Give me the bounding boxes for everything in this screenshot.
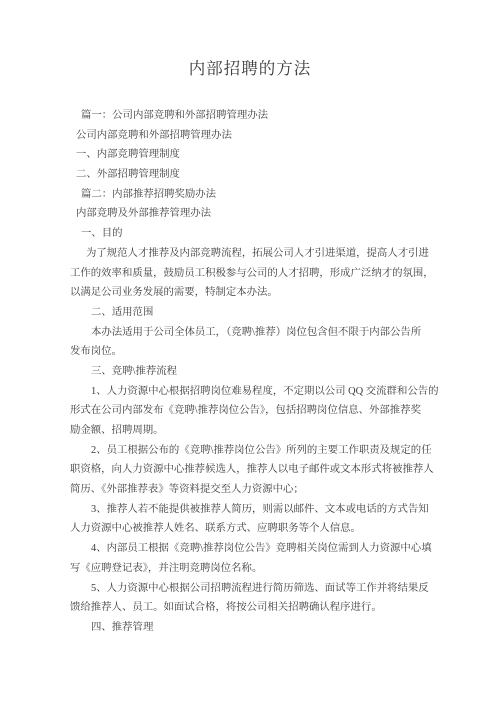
paragraph: 2、员工根据公布的《竞聘\推荐岗位公告》所列的主要工作职责及规定的任职资格，向人… [70, 441, 436, 500]
doc-line: 公司内部竞聘和外部招聘管理办法 [70, 126, 436, 146]
doc-line: 一、目的 [70, 224, 436, 244]
doc-line: 四、推荐管理 [70, 618, 436, 638]
doc-line: 以满足公司业务发展的需要，特制定本办法。 [70, 283, 436, 303]
doc-line: 励金额、招聘周期。 [70, 421, 436, 441]
doc-line: 职资格，向人力资源中心推荐候选人，推荐人以电子邮件或文本形式将被推荐人 [70, 460, 436, 480]
paragraph: 公司内部竞聘和外部招聘管理办法 [70, 126, 436, 146]
doc-line: 为了规范人才推荐及内部竞聘流程，拓展公司人才引进渠道，提高人才引进 [70, 244, 436, 264]
doc-line: 内部竞聘及外部推荐管理办法 [70, 204, 436, 224]
paragraph: 四、推荐管理 [70, 618, 436, 638]
doc-line: 一、内部竞聘管理制度 [70, 145, 436, 165]
paragraph: 内部竞聘及外部推荐管理办法 [70, 204, 436, 224]
doc-line: 二、适用范围 [70, 303, 436, 323]
paragraph: 篇一：公司内部竞聘和外部招聘管理办法 [70, 106, 436, 126]
paragraph: 篇二：内部推荐招聘奖励办法 [70, 185, 436, 205]
doc-line: 2、员工根据公布的《竞聘\推荐岗位公告》所列的主要工作职责及规定的任 [70, 441, 436, 461]
doc-line: 三、竞聘\推荐流程 [70, 362, 436, 382]
document-body: 篇一：公司内部竞聘和外部招聘管理办法公司内部竞聘和外部招聘管理办法一、内部竞聘管… [70, 106, 436, 638]
doc-line: 本办法适用于公司全体员工，（竞聘\推荐）岗位包含但不限于内部公告所 [70, 323, 436, 343]
doc-line: 馈给推荐人、员工。如面试合格，将按公司相关招聘确认程序进行。 [70, 598, 436, 618]
document-page: 内部招聘的方法 篇一：公司内部竞聘和外部招聘管理办法公司内部竞聘和外部招聘管理办… [0, 0, 500, 707]
paragraph: 4、内部员工根据《竞聘\推荐岗位公告》竞聘相关岗位需到人力资源中心填写《应聘登记… [70, 539, 436, 578]
doc-line: 5、人力资源中心根据公司招聘流程进行简历筛选、面试等工作并将结果反 [70, 579, 436, 599]
doc-line: 1、人力资源中心根据招聘岗位难易程度，不定期以公司 QQ 交流群和公告的 [70, 382, 436, 402]
paragraph: 三、竞聘\推荐流程 [70, 362, 436, 382]
doc-line: 3、推荐人若不能提供被推荐人简历，则需以邮件、文本或电话的方式告知 [70, 500, 436, 520]
doc-line: 人力资源中心被推荐人姓名、联系方式、应聘职务等个人信息。 [70, 519, 436, 539]
doc-line: 4、内部员工根据《竞聘\推荐岗位公告》竞聘相关岗位需到人力资源中心填 [70, 539, 436, 559]
doc-line: 形式在公司内部发布《竞聘\推荐岗位公告》，包括招聘岗位信息、外部推荐奖 [70, 401, 436, 421]
doc-line: 篇一：公司内部竞聘和外部招聘管理办法 [70, 106, 436, 126]
paragraph: 5、人力资源中心根据公司招聘流程进行简历筛选、面试等工作并将结果反馈给推荐人、员… [70, 579, 436, 618]
paragraph: 一、目的 [70, 224, 436, 244]
paragraph: 二、适用范围 [70, 303, 436, 323]
doc-title: 内部招聘的方法 [0, 58, 500, 80]
doc-line: 简历、《外部推荐表》等资料提交至人力资源中心； [70, 480, 436, 500]
paragraph: 本办法适用于公司全体员工，（竞聘\推荐）岗位包含但不限于内部公告所发布岗位。 [70, 323, 436, 362]
paragraph: 二、外部招聘管理制度 [70, 165, 436, 185]
paragraph: 为了规范人才推荐及内部竞聘流程，拓展公司人才引进渠道，提高人才引进工作的效率和质… [70, 244, 436, 303]
doc-line: 写《应聘登记表》，并注明竞聘岗位名称。 [70, 559, 436, 579]
paragraph: 3、推荐人若不能提供被推荐人简历，则需以邮件、文本或电话的方式告知人力资源中心被… [70, 500, 436, 539]
doc-line: 工作的效率和质量，鼓励员工积极参与公司的人才招聘，形成广泛纳才的氛围， [70, 264, 436, 284]
paragraph: 一、内部竞聘管理制度 [70, 145, 436, 165]
doc-line: 发布岗位。 [70, 342, 436, 362]
doc-line: 篇二：内部推荐招聘奖励办法 [70, 185, 436, 205]
paragraph: 1、人力资源中心根据招聘岗位难易程度，不定期以公司 QQ 交流群和公告的形式在公… [70, 382, 436, 441]
doc-line: 二、外部招聘管理制度 [70, 165, 436, 185]
